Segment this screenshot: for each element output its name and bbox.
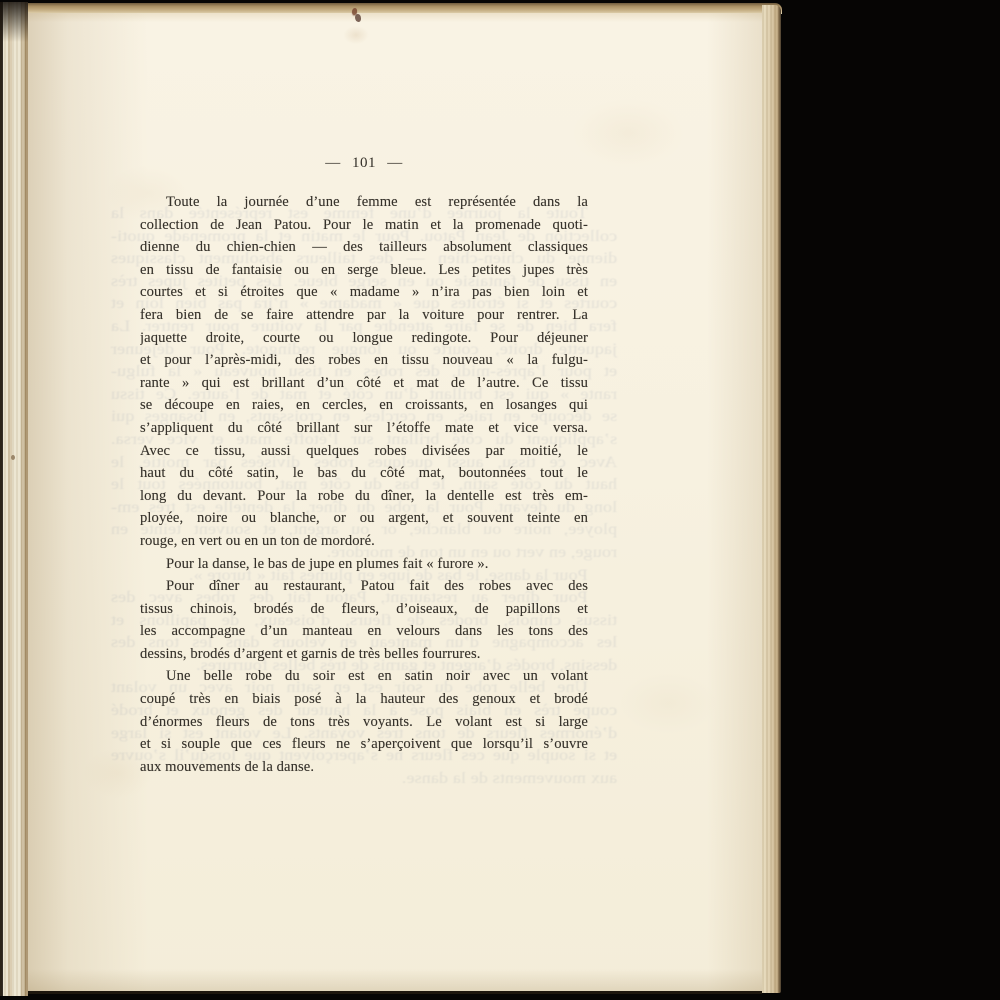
text-line: aux mouvements de la danse. — [140, 756, 588, 779]
text-line: jaquette droite, courte ou longue reding… — [140, 327, 588, 350]
text-line: et si souple que ces fleurs ne s’aperçoi… — [140, 733, 588, 756]
text-line: et pour l’après-midi, des robes en tissu… — [140, 349, 588, 372]
text-line: tissus chinois, brodés de fleurs, d’oise… — [140, 598, 588, 621]
body-text: Toute la journée d’une femme est représe… — [140, 191, 588, 778]
text-line: long du devant. Pour la robe du dîner, l… — [140, 485, 588, 508]
book-photograph: Toute la journée d’une femme est représe… — [0, 0, 1000, 1000]
text-line: haut du côté satin, le bas du côté mat, … — [140, 462, 588, 485]
page-number: — 101 — — [140, 153, 588, 173]
text-line: se découpe en raies, en cercles, en croi… — [140, 394, 588, 417]
text-line: les accompagne d’un manteau en velours d… — [140, 620, 588, 643]
text-line: d’énormes fleurs de tons très voyants. L… — [140, 711, 588, 734]
text-line: fera bien de se faire attendre par la vo… — [140, 304, 588, 327]
text-line: Avec ce tissu, aussi quelques robes divi… — [140, 440, 588, 463]
text-line: s’appliquent du côté brillant sur l’étof… — [140, 417, 588, 440]
text-line: courtes et si étroites que « madame » n’… — [140, 281, 588, 304]
text-line: dienne du chien-chien — des tailleurs ab… — [140, 236, 588, 259]
book-left-page-edges — [0, 2, 28, 996]
book-page: Toute la journée d’une femme est représe… — [28, 13, 762, 994]
text-line: en tissu de fantaisie ou en serge bleue.… — [140, 259, 588, 282]
text-line: Toute la journée d’une femme est représe… — [140, 191, 588, 214]
text-line: rante » qui est brillant d’un côté et ma… — [140, 372, 588, 395]
text-line: dessins, brodés d’argent et garnis de tr… — [140, 643, 588, 666]
page-content: — 101 — Toute la journée d’une femme est… — [140, 153, 588, 778]
text-line: Pour dîner au restaurant, Patou fait des… — [140, 575, 588, 598]
text-line: Pour la danse, le bas de jupe en plumes … — [140, 553, 588, 576]
text-line: coupé très en biais posé à la hauteur de… — [140, 688, 588, 711]
text-line: collection de Jean Patou. Pour le matin … — [140, 214, 588, 237]
text-line: ployée, noire ou blanche, or ou argent, … — [140, 507, 588, 530]
text-line: rouge, en vert ou en un ton de mordoré. — [140, 530, 588, 553]
book-right-page-edges — [762, 5, 781, 993]
ink-speck — [355, 14, 361, 22]
text-line: Une belle robe du soir est en satin noir… — [140, 665, 588, 688]
ink-speck — [11, 455, 15, 460]
